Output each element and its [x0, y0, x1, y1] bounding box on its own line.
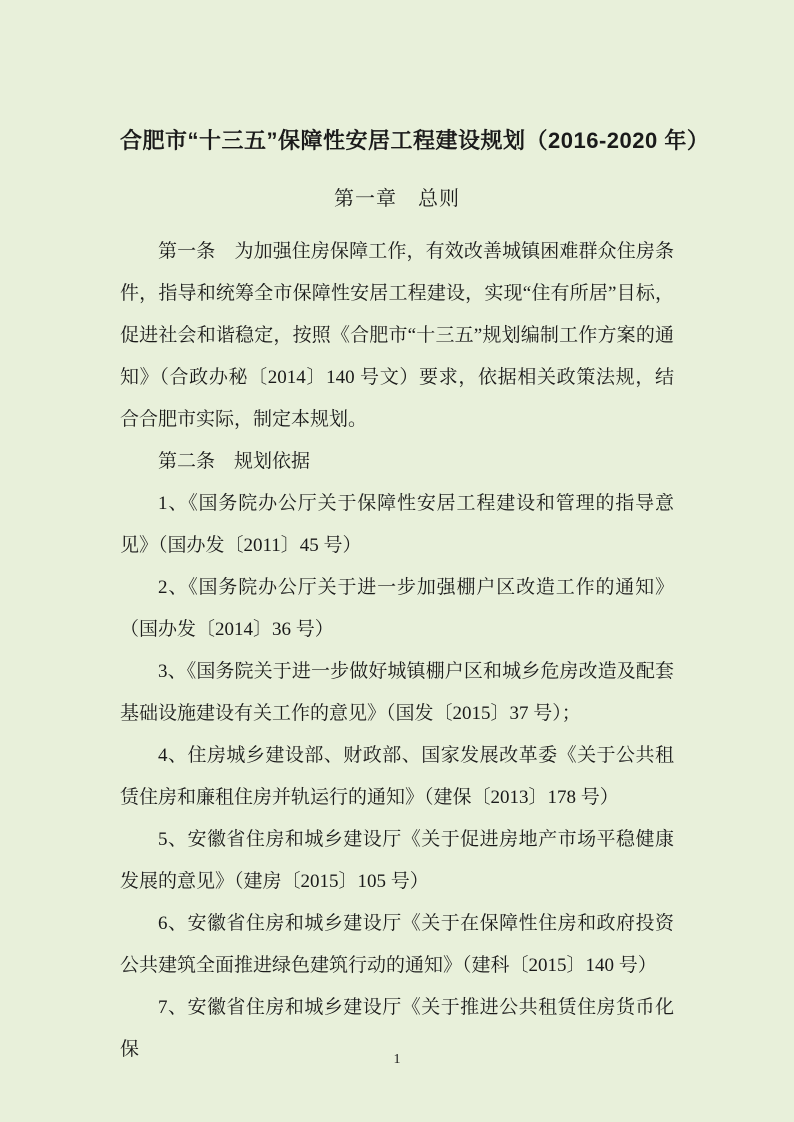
paragraph: 5、安徽省住房和城乡建设厅《关于促进房地产市场平稳健康发展的意见》（建房〔201… [120, 819, 674, 903]
paragraph: 6、安徽省住房和城乡建设厅《关于在保障性住房和政府投资公共建筑全面推进绿色建筑行… [120, 903, 674, 987]
document-page: 合肥市“十三五”保障性安居工程建设规划（2016-2020 年） 第一章 总则 … [0, 0, 794, 1122]
document-body: 第一条 为加强住房保障工作，有效改善城镇困难群众住房条件，指导和统筹全市保障性安… [120, 231, 674, 1071]
chapter-heading: 第一章 总则 [120, 184, 674, 214]
paragraph: 3、《国务院关于进一步做好城镇棚户区和城乡危房改造及配套基础设施建设有关工作的意… [120, 651, 674, 735]
document-title: 合肥市“十三五”保障性安居工程建设规划（2016-2020 年） [120, 125, 674, 157]
paragraph: 第一条 为加强住房保障工作，有效改善城镇困难群众住房条件，指导和统筹全市保障性安… [120, 231, 674, 441]
paragraph: 第二条 规划依据 [120, 441, 674, 483]
paragraph: 1、《国务院办公厅关于保障性安居工程建设和管理的指导意见》（国办发〔2011〕4… [120, 483, 674, 567]
page-number: 1 [0, 1051, 794, 1069]
paragraph: 2、《国务院办公厅关于进一步加强棚户区改造工作的通知》（国办发〔2014〕36 … [120, 567, 674, 651]
paragraph: 4、住房城乡建设部、财政部、国家发展改革委《关于公共租赁住房和廉租住房并轨运行的… [120, 735, 674, 819]
